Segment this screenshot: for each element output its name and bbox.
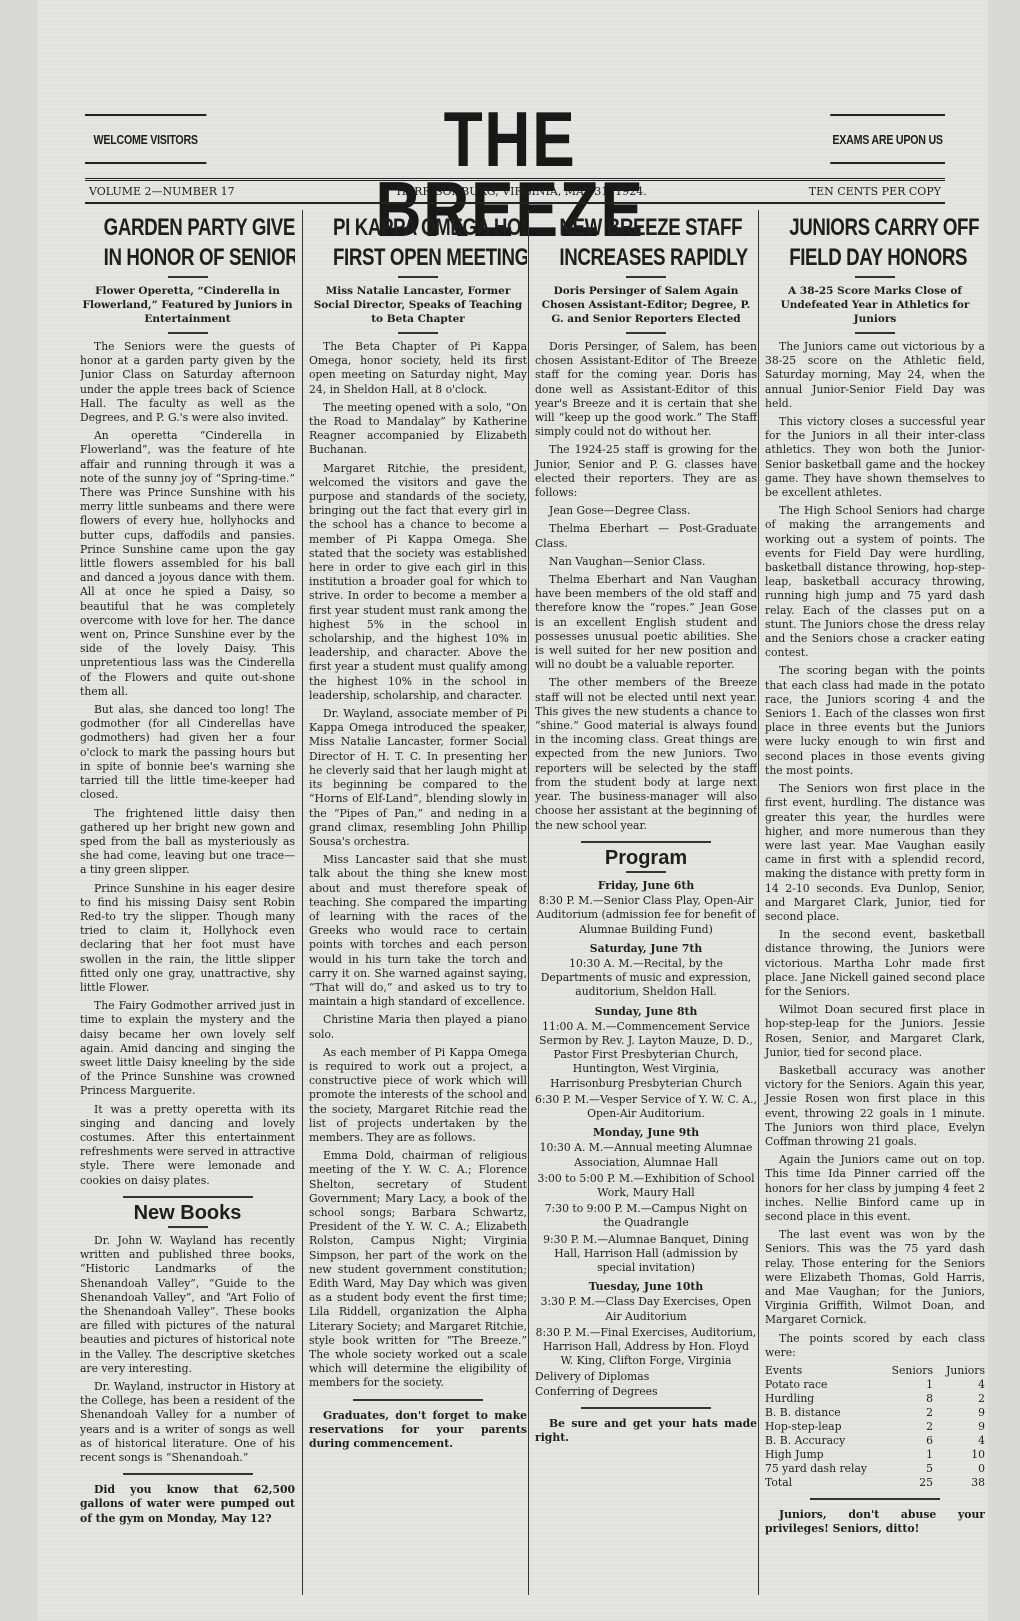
divider <box>168 332 208 334</box>
cell: 9 <box>933 1420 985 1434</box>
program-event: 10:30 A. M.—Recital, by the Departments … <box>535 957 757 1000</box>
volume-number: VOLUME 2—NUMBER 17 <box>89 185 235 198</box>
column-2: PI KAPPA OMEGA HOLDS FIRST OPEN MEETING … <box>302 210 527 1595</box>
paragraph: Miss Lancaster said that she must talk a… <box>309 853 527 1009</box>
cell: High Jump <box>765 1448 881 1462</box>
headline-line-2: FIELD DAY HONORS <box>789 246 961 270</box>
cell: 1 <box>881 1448 933 1462</box>
paragraph: Thelma Eberhart and Nan Vaughan have bee… <box>535 573 757 672</box>
program-closing: Conferring of Degrees <box>535 1385 757 1399</box>
program-event: 9:30 P. M.—Alumnae Banquet, Dining Hall,… <box>535 1233 757 1276</box>
price: TEN CENTS PER COPY <box>809 185 941 198</box>
paragraph: The meeting opened with a solo, “On the … <box>309 401 527 458</box>
headline-line-1: NEW BREEZE STAFF <box>559 216 732 240</box>
paragraph: In the second event, basketball distance… <box>765 928 985 999</box>
program-day: Saturday, June 7th <box>535 942 757 956</box>
program-day: Sunday, June 8th <box>535 1005 757 1019</box>
deck: Miss Natalie Lancaster, Former Social Di… <box>309 284 527 326</box>
paragraph: Dr. John W. Wayland has recently written… <box>80 1234 295 1376</box>
field-day-body: The Juniors came out victorious by a 38-… <box>765 340 985 1360</box>
cell: 8 <box>881 1392 933 1406</box>
program-event: 11:00 A. M.—Commencement Service Sermon … <box>535 1020 757 1091</box>
cell: B. B. Accuracy <box>765 1434 881 1448</box>
program-event: 10:30 A. M.—Annual meeting Alumnae Assoc… <box>535 1141 757 1169</box>
table-row: B. B. distance29 <box>765 1406 985 1420</box>
paragraph: Basketball accuracy was another victory … <box>765 1064 985 1149</box>
cell: B. B. distance <box>765 1406 881 1420</box>
cell: 6 <box>881 1434 933 1448</box>
dateline: VOLUME 2—NUMBER 17 HARRISONBURG, VIRGINI… <box>85 178 945 204</box>
cell: 25 <box>881 1476 933 1490</box>
program: Program Friday, June 6th8:30 P. M.—Senio… <box>535 851 757 1399</box>
program-event: 8:30 P. M.—Senior Class Play, Open-Air A… <box>535 894 757 937</box>
section-heading: New Books <box>80 1206 295 1220</box>
program-closing: Delivery of Diplomas <box>535 1370 757 1384</box>
cell: Hurdling <box>765 1392 881 1406</box>
program-days: Friday, June 6th8:30 P. M.—Senior Class … <box>535 879 757 1369</box>
program-day: Tuesday, June 10th <box>535 1280 757 1294</box>
divider <box>626 871 666 873</box>
deck: A 38-25 Score Marks Close of Undefeated … <box>765 284 985 326</box>
reporter: Thelma Eberhart — Post-Graduate Class. <box>535 522 757 550</box>
cell: 2 <box>881 1420 933 1434</box>
place-date: HARRISONBURG, VIRGINIA, MAY 31, 1924. <box>397 185 647 198</box>
hats-note: Be sure and get your hats made right. <box>535 1417 757 1445</box>
cell: Total <box>765 1476 881 1490</box>
headline-line-1: JUNIORS CARRY OFF <box>789 216 961 240</box>
left-ear: WELCOME VISITORS <box>85 114 206 164</box>
program-event: 7:30 to 9:00 P. M.—Campus Night on the Q… <box>535 1202 757 1230</box>
divider <box>581 841 711 843</box>
cell: Potato race <box>765 1378 881 1392</box>
cell: 38 <box>933 1476 985 1490</box>
program-event: 6:30 P. M.—Vesper Service of Y. W. C. A.… <box>535 1093 757 1121</box>
article-breeze-staff: NEW BREEZE STAFF INCREASES RAPIDLY Doris… <box>535 216 757 833</box>
cell: 2 <box>933 1392 985 1406</box>
headline-line-2: IN HONOR OF SENIORS <box>104 246 272 270</box>
article-new-books: New Books Dr. John W. Wayland has recent… <box>80 1206 295 1465</box>
gym-note: Did you know that 62,500 gallons of wate… <box>80 1483 295 1526</box>
table-row: High Jump110 <box>765 1448 985 1462</box>
graduates-note: Graduates, don't forget to make reservat… <box>309 1409 527 1452</box>
paragraph: The High School Seniors had charge of ma… <box>765 504 985 660</box>
paragraph: Wilmot Doan secured first place in hop-s… <box>765 1003 985 1060</box>
program-event: 3:30 P. M.—Class Day Exercises, Open Air… <box>535 1295 757 1323</box>
paragraph: The last event was won by the Seniors. T… <box>765 1228 985 1327</box>
col-header: Juniors <box>933 1364 985 1378</box>
divider <box>168 1226 208 1228</box>
paragraph: The 1924-25 staff is growing for the Jun… <box>535 443 757 500</box>
col-header: Events <box>765 1364 881 1378</box>
headline-line-2: INCREASES RAPIDLY <box>559 246 732 270</box>
divider <box>398 332 438 334</box>
table-row: Potato race14 <box>765 1378 985 1392</box>
divider <box>626 332 666 334</box>
cell: 0 <box>933 1462 985 1476</box>
table-row: B. B. Accuracy64 <box>765 1434 985 1448</box>
divider <box>398 276 438 278</box>
divider <box>855 332 895 334</box>
columns: GARDEN PARTY GIVEN IN HONOR OF SENIORS F… <box>80 210 950 1605</box>
table-row: Hurdling82 <box>765 1392 985 1406</box>
paragraph: The scoring began with the points that e… <box>765 664 985 778</box>
paragraph: This victory closes a successful year fo… <box>765 415 985 500</box>
cell: 4 <box>933 1378 985 1392</box>
program-event: 3:00 to 5:00 P. M.—Exhibition of School … <box>535 1172 757 1200</box>
paragraph: The Seniors won first place in the first… <box>765 782 985 924</box>
paragraph: Emma Dold, chairman of religious meeting… <box>309 1149 527 1390</box>
article-garden-party: GARDEN PARTY GIVEN IN HONOR OF SENIORS F… <box>80 216 295 1188</box>
paragraph: The other members of the Breeze staff wi… <box>535 676 757 832</box>
paragraph: The Juniors came out victorious by a 38-… <box>765 340 985 411</box>
table-row: 75 yard dash relay50 <box>765 1462 985 1476</box>
reporter: Jean Gose—Degree Class. <box>535 504 757 518</box>
cell: 4 <box>933 1434 985 1448</box>
divider <box>123 1196 253 1198</box>
paragraph: Again the Juniors came out on top. This … <box>765 1153 985 1224</box>
cell: 10 <box>933 1448 985 1462</box>
deck: Doris Persinger of Salem Again Chosen As… <box>535 284 757 326</box>
paragraph: As each member of Pi Kappa Omega is requ… <box>309 1046 527 1145</box>
cell: 9 <box>933 1406 985 1420</box>
divider <box>855 276 895 278</box>
cell: 2 <box>881 1406 933 1420</box>
paragraph: The Fairy Godmother arrived just in time… <box>80 999 295 1098</box>
article-field-day: JUNIORS CARRY OFF FIELD DAY HONORS A 38-… <box>765 216 985 1490</box>
cell: Hop-step-leap <box>765 1420 881 1434</box>
privileges-note: Juniors, don't abuse your privileges! Se… <box>765 1508 985 1536</box>
article-pi-kappa-omega: PI KAPPA OMEGA HOLDS FIRST OPEN MEETING … <box>309 216 527 1391</box>
divider <box>626 276 666 278</box>
points-table: Events Seniors Juniors Potato race14Hurd… <box>765 1364 985 1490</box>
headline-line-2: FIRST OPEN MEETING <box>333 246 503 270</box>
paragraph: Dr. Wayland, associate member of Pi Kapp… <box>309 707 527 849</box>
program-day: Friday, June 6th <box>535 879 757 893</box>
program-day: Monday, June 9th <box>535 1126 757 1140</box>
masthead: WELCOME VISITORS THE BREEZE EXAMS ARE UP… <box>85 88 945 178</box>
paragraph: Dr. Wayland, instructor in History at th… <box>80 1380 295 1465</box>
col-header: Seniors <box>881 1364 933 1378</box>
paragraph: An operetta “Cinderella in Flowerland”, … <box>80 429 295 699</box>
divider <box>581 1407 711 1409</box>
divider <box>123 1473 253 1475</box>
column-3: NEW BREEZE STAFF INCREASES RAPIDLY Doris… <box>528 210 757 1595</box>
total-row: Total 25 38 <box>765 1476 985 1490</box>
deck: Flower Operetta, “Cinderella in Flowerla… <box>80 284 295 326</box>
section-heading: Program <box>535 851 757 865</box>
divider <box>810 1498 940 1500</box>
paragraph: The frightened little daisy then gathere… <box>80 807 295 878</box>
column-1: GARDEN PARTY GIVEN IN HONOR OF SENIORS F… <box>80 210 295 1595</box>
paragraph: Christine Maria then played a piano solo… <box>309 1013 527 1041</box>
headline-line-1: GARDEN PARTY GIVEN <box>104 216 272 240</box>
paragraph: The Seniors were the guests of honor at … <box>80 340 295 425</box>
paragraph: Margaret Ritchie, the president, welcome… <box>309 462 527 703</box>
paragraph: It was a pretty operetta with its singin… <box>80 1103 295 1188</box>
cell: 1 <box>881 1378 933 1392</box>
paragraph: Prince Sunshine in his eager desire to f… <box>80 882 295 996</box>
table-row: Hop-step-leap29 <box>765 1420 985 1434</box>
divider <box>353 1399 483 1401</box>
paragraph: Doris Persinger, of Salem, has been chos… <box>535 340 757 439</box>
paragraph: The points scored by each class were: <box>765 1332 985 1360</box>
reporter: Nan Vaughan—Senior Class. <box>535 555 757 569</box>
paragraph: But alas, she danced too long! The godmo… <box>80 703 295 802</box>
program-event: 8:30 P. M.—Final Exercises, Auditorium, … <box>535 1326 757 1369</box>
divider <box>168 276 208 278</box>
right-ear: EXAMS ARE UPON US <box>830 114 945 164</box>
table-header: Events Seniors Juniors <box>765 1364 985 1378</box>
headline-line-1: PI KAPPA OMEGA HOLDS <box>333 216 503 240</box>
cell: 75 yard dash relay <box>765 1462 881 1476</box>
column-4: JUNIORS CARRY OFF FIELD DAY HONORS A 38-… <box>758 210 985 1595</box>
cell: 5 <box>881 1462 933 1476</box>
paragraph: The Beta Chapter of Pi Kappa Omega, hono… <box>309 340 527 397</box>
